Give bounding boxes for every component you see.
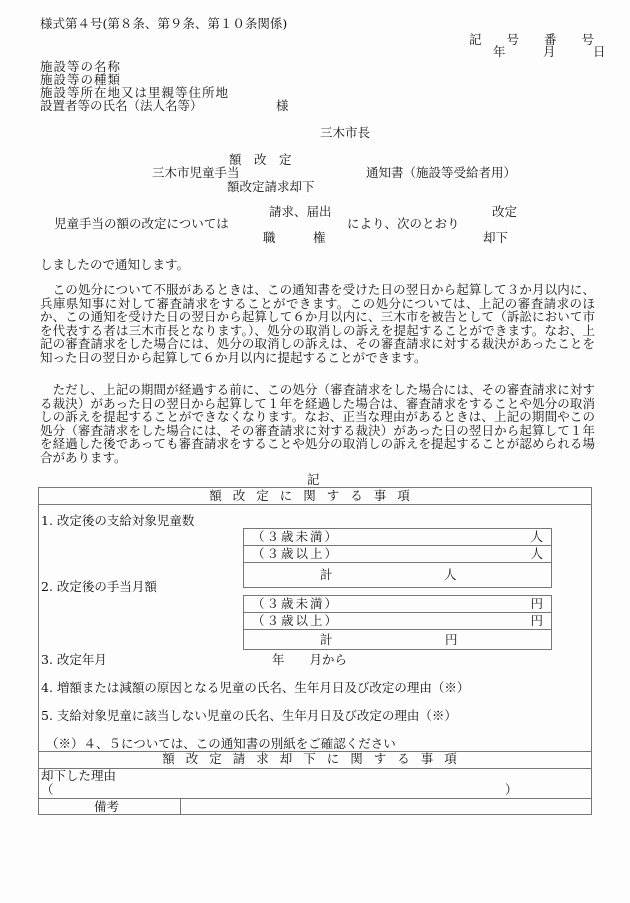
- remarks-divider: [180, 798, 181, 815]
- divider: [38, 504, 592, 505]
- child-count-row-under3: （３歳未満） 人: [244, 529, 551, 546]
- statement-middle: により、次のとおり: [347, 217, 460, 231]
- appeal-notice-paragraph-2: ただし、上記の期間が経過する前に、この処分（審査請求をした場合には、その審査請求…: [40, 383, 595, 464]
- statement-lead: 児童手当の額の改定については: [54, 217, 229, 231]
- section-revision-header: 額改定に関する事項: [0, 489, 630, 503]
- honorific: 様: [276, 99, 289, 113]
- form-id: 様式第４号(第８条、第９条、第１０条関係): [40, 17, 287, 31]
- owner-label: 設置者等の氏名（法人名等）: [40, 99, 203, 113]
- paren-open: （: [41, 783, 54, 797]
- remarks-field: [182, 799, 590, 814]
- divider: [38, 768, 592, 769]
- monthly-amount-table: （３歳未満） 円 （３歳以上） 円 計 円: [243, 595, 552, 650]
- amount-row-total: 計 円: [244, 630, 551, 649]
- child-count-row-total: 計 人: [244, 563, 551, 587]
- title-option-rejection: 額改定請求却下: [227, 180, 315, 194]
- rejection-reason-label: 却下した理由: [41, 769, 116, 783]
- issuer: 三木市長: [320, 126, 370, 140]
- item3-label: 3. 改定年月: [41, 653, 107, 667]
- item3-value: 年 月から: [272, 653, 347, 667]
- child-count-row-3plus: （３歳以上） 人: [244, 546, 551, 563]
- basis-request: 請求、届出: [269, 205, 332, 219]
- amount-row-3plus: （３歳以上） 円: [244, 613, 551, 630]
- issue-date: 年 月 日: [493, 45, 606, 59]
- item2-label: 2. 改定後の手当月額: [41, 580, 157, 594]
- amount-row-under3: （３歳未満） 円: [244, 596, 551, 613]
- action-revision: 改定: [492, 205, 517, 219]
- section-rejection-header: 額改定請求却下に関する事項: [0, 752, 630, 766]
- item4-label: 4. 増額または減額の原因となる児童の氏名、生年月日及び改定の理由（※）: [41, 681, 469, 695]
- child-count-table: （３歳未満） 人 （３歳以上） 人 計 人: [243, 528, 552, 588]
- title-prefix: 三木市児童手当: [152, 166, 240, 180]
- action-rejection: 却下: [483, 231, 508, 245]
- item5-label: 5. 支給対象児童に該当しない児童の氏名、生年月日及び改定の理由（※）: [41, 709, 457, 723]
- basis-authority: 職 権: [263, 231, 326, 245]
- remarks-label: 備考: [94, 800, 119, 814]
- item1-label: 1. 改定後の支給対象児童数: [41, 514, 194, 528]
- ki-marker: 記: [307, 473, 320, 487]
- footnote: （※）４、５については、この通知書の別紙をご確認ください: [46, 737, 396, 751]
- appeal-notice-paragraph-1: この処分について不服があるときは、この通知書を受けた日の翌日から起算して３か月以…: [40, 283, 595, 364]
- paren-close: ）: [505, 783, 518, 797]
- title-suffix: 通知書（施設等受給者用）: [366, 166, 516, 180]
- statement-tail: しましたので通知します。: [40, 258, 189, 272]
